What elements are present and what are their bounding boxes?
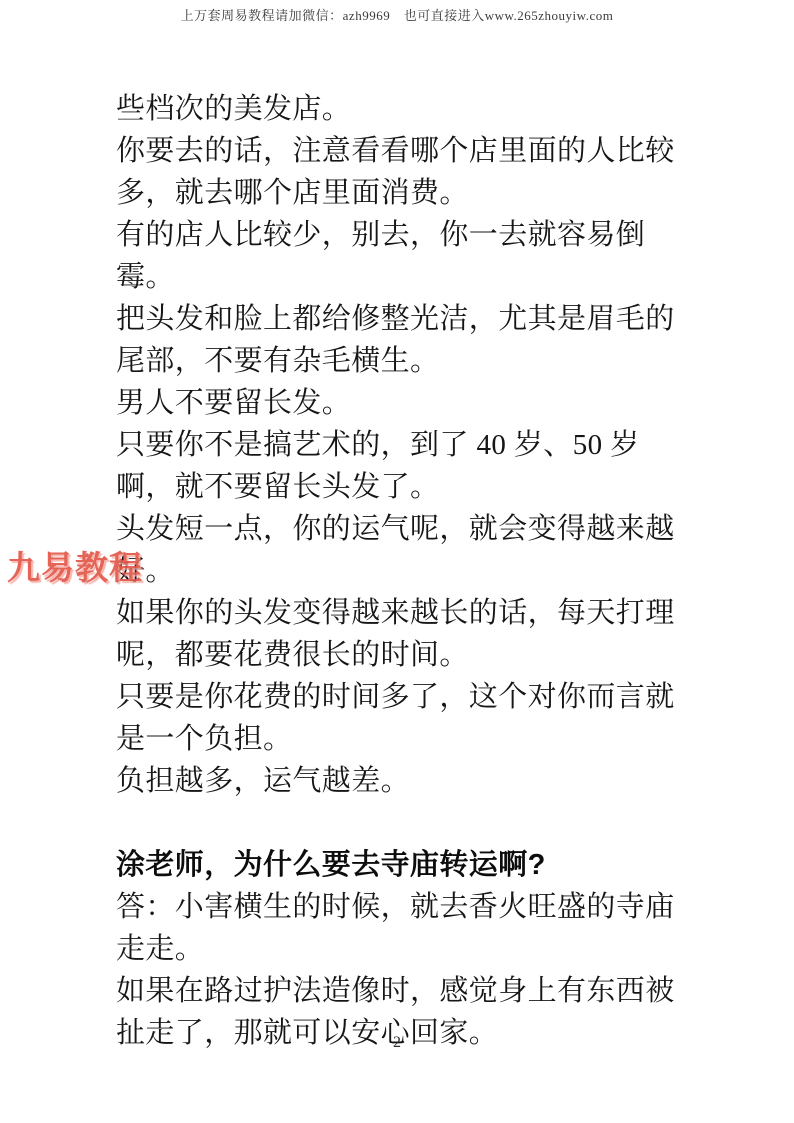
paragraph: 你要去的话，注意看看哪个店里面的人比较 多，就去哪个店里面消费。: [116, 130, 694, 214]
paragraph: 头发短一点，你的运气呢，就会变得越来越 好。: [116, 508, 694, 592]
paragraph: 只要是你花费的时间多了，这个对你而言就 是一个负担。: [116, 676, 694, 760]
paragraph: 如果你的头发变得越来越长的话，每天打理 呢，都要花费很长的时间。: [116, 592, 694, 676]
paragraph: 把头发和脸上都给修整光洁，尤其是眉毛的 尾部，不要有杂毛横生。: [116, 298, 694, 382]
paragraph: 些档次的美发店。: [116, 88, 694, 130]
paragraph: 有的店人比较少，别去，你一去就容易倒霉。: [116, 214, 694, 298]
page-header-promo-text: 上万套周易教程请加微信：azh9969 也可直接进入www.265zhouyiw…: [0, 5, 794, 24]
paragraph: 男人不要留长发。: [116, 382, 694, 424]
document-body: 些档次的美发店。你要去的话，注意看看哪个店里面的人比较 多，就去哪个店里面消费。…: [116, 88, 694, 1054]
paragraph: 只要你不是搞艺术的，到了 40 岁、50 岁 啊，就不要留长头发了。: [116, 424, 694, 508]
document-page: 上万套周易教程请加微信：azh9969 也可直接进入www.265zhouyiw…: [0, 0, 794, 1123]
page-number: 2: [0, 1034, 794, 1052]
section-heading: 涂老师，为什么要去寺庙转运啊?: [116, 844, 694, 886]
paragraph: 负担越多，运气越差。: [116, 760, 694, 802]
paragraph: 答：小害横生的时候，就去香火旺盛的寺庙 走走。: [116, 886, 694, 970]
